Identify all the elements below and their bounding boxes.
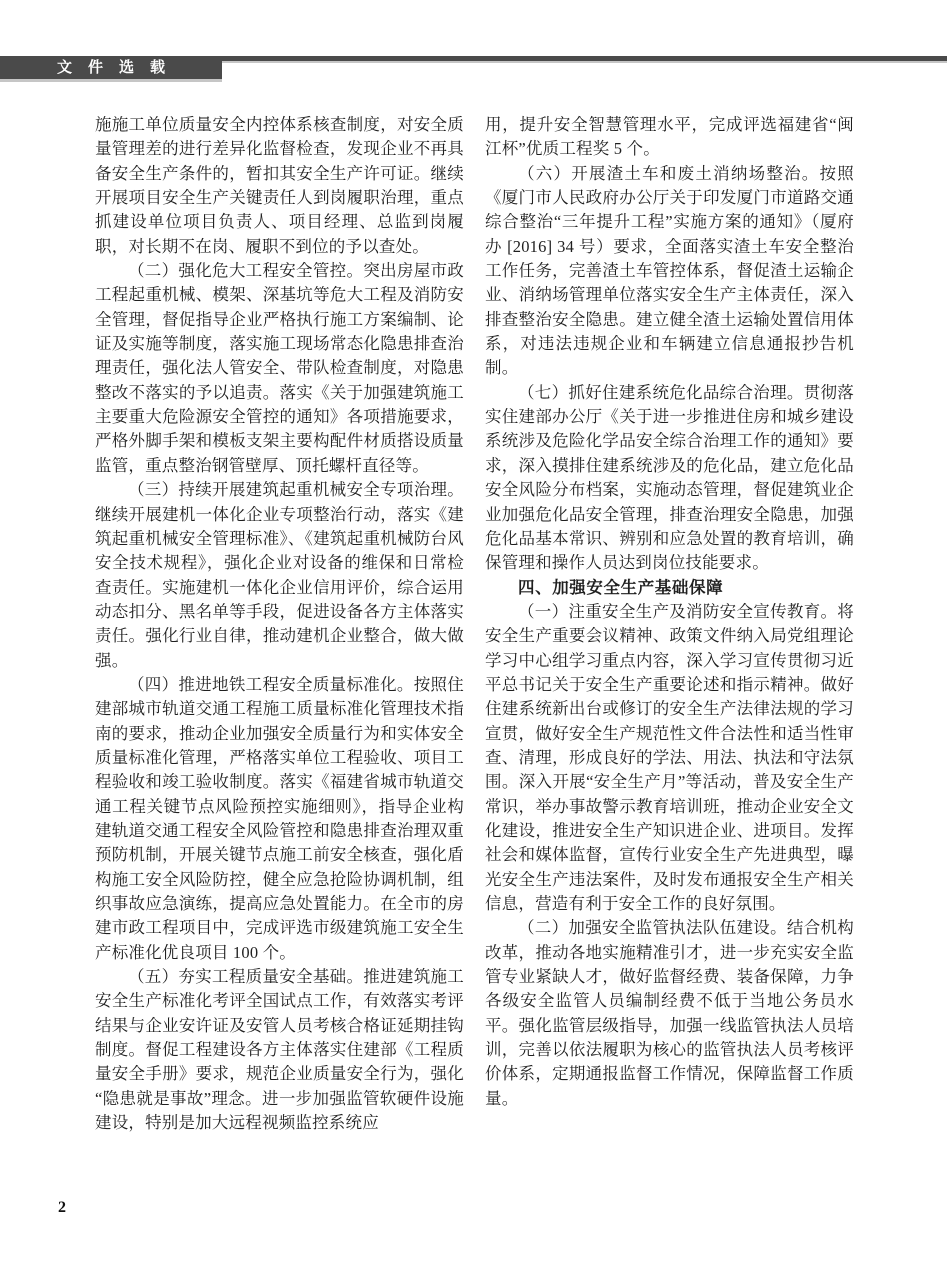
paragraph: （四）推进地铁工程安全质量标准化。按照住建部城市轨道交通工程施工质量标准化管理技… [95, 673, 464, 965]
paragraph: （五）夯实工程质量安全基础。推进建筑施工安全生产标准化考评全国试点工作，有效落实… [95, 965, 464, 1135]
text-column-right: 用，提升安全智慧管理水平，完成评选福建省“闽江杯”优质工程奖 5 个。（六）开展… [485, 113, 854, 1111]
paragraph: （七）抓好住建系统危化品综合治理。贯彻落实住建部办公厅《关于进一步推进住房和城乡… [485, 381, 854, 576]
paragraph: 施施工单位质量安全内控体系核查制度，对安全质量管理差的进行差异化监督检查，发现企… [95, 113, 464, 259]
paragraph: （二）强化危大工程安全管控。突出房屋市政工程起重机械、模架、深基坑等危大工程及消… [95, 259, 464, 478]
section-heading: 四、加强安全生产基础保障 [485, 576, 854, 600]
paragraph: （一）注重安全生产及消防安全宣传教育。将安全生产重要会议精神、政策文件纳入局党组… [485, 600, 854, 916]
paragraph: （二）加强安全监管执法队伍建设。结合机构改革，推动各地实施精准引才，进一步充实安… [485, 916, 854, 1111]
page-number: 2 [58, 1199, 66, 1217]
document-page: 文件选载 施施工单位质量安全内控体系核查制度，对安全质量管理差的进行差异化监督检… [0, 0, 950, 1280]
paragraph: （三）持续开展建筑起重机械安全专项治理。继续开展建机一体化企业专项整治行动，落实… [95, 478, 464, 673]
header-title: 文件选载 [41, 60, 181, 75]
paragraph: （六）开展渣土车和废土消纳场整治。按照《厦门市人民政府办公厅关于印发厦门市道路交… [485, 162, 854, 381]
header-title-box: 文件选载 [0, 56, 222, 82]
text-column-left: 施施工单位质量安全内控体系核查制度，对安全质量管理差的进行差异化监督检查，发现企… [95, 113, 464, 1135]
paragraph: 用，提升安全智慧管理水平，完成评选福建省“闽江杯”优质工程奖 5 个。 [485, 113, 854, 162]
